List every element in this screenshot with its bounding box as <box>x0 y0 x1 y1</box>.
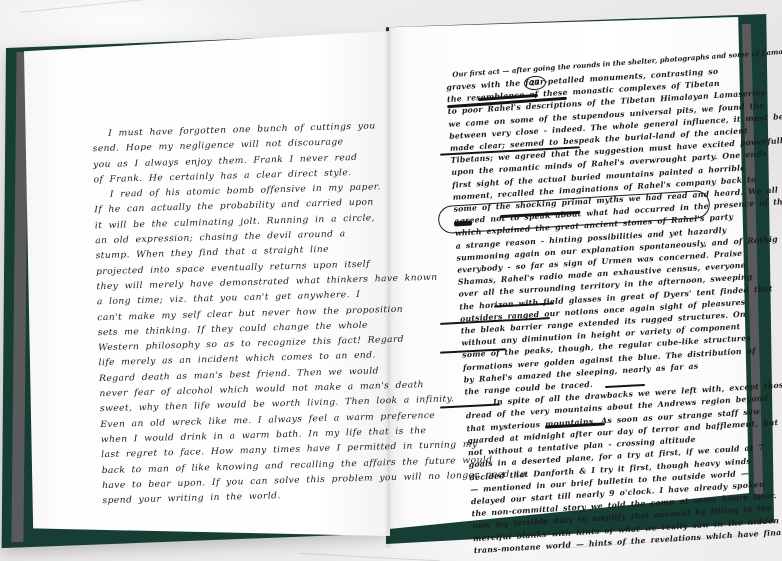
strikethrough-mark <box>454 221 472 227</box>
book-gutter <box>384 28 394 548</box>
right-page-handwriting: graves with the four-petalled monuments,… <box>446 66 739 557</box>
open-book: I must have forgotten one bunch of cutti… <box>0 0 782 561</box>
left-page-handwriting: I must have forgotten one bunch of cutti… <box>92 119 368 509</box>
